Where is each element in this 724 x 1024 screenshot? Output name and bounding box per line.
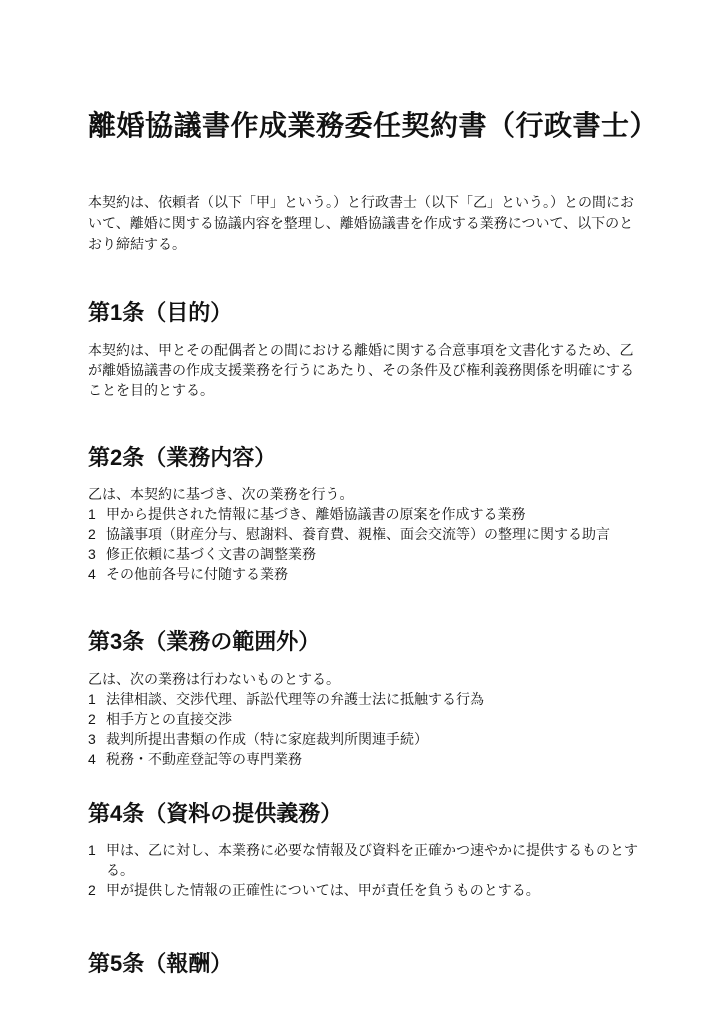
list-item: 2 甲が提供した情報の正確性については、甲が責任を負うものとする。 [88,880,641,900]
article-2-heading: 第2条（業務内容） [88,444,641,472]
section-article-3: 第3条（業務の範囲外） 乙は、次の業務は行わないものとする。 1 法律相談、交渉… [88,628,641,769]
list-item: 3 裁判所提出書類の作成（特に家庭裁判所関連手続） [88,729,641,749]
section-article-5: 第5条（報酬） [88,950,641,978]
list-item: 1 甲は、乙に対し、本業務に必要な情報及び資料を正確かつ速やかに提供するものとす… [88,840,641,880]
item-number: 1 [88,689,106,709]
section-article-4: 第4条（資料の提供義務） 1 甲は、乙に対し、本業務に必要な情報及び資料を正確か… [88,800,641,901]
item-number: 4 [88,564,106,584]
item-text: 協議事項（財産分与、慰謝料、養育費、親権、面会交流等）の整理に関する助言 [106,524,641,544]
article-3-list: 1 法律相談、交渉代理、訴訟代理等の弁護士法に抵触する行為 2 相手方との直接交… [88,689,641,769]
article-4-list: 1 甲は、乙に対し、本業務に必要な情報及び資料を正確かつ速やかに提供するものとす… [88,840,641,900]
list-item: 1 甲から提供された情報に基づき、離婚協議書の原案を作成する業務 [88,504,641,524]
item-number: 3 [88,729,106,749]
article-2-list: 1 甲から提供された情報に基づき、離婚協議書の原案を作成する業務 2 協議事項（… [88,504,641,584]
item-text: 税務・不動産登記等の専門業務 [106,749,641,769]
item-text: 甲から提供された情報に基づき、離婚協議書の原案を作成する業務 [106,504,641,524]
item-text: 甲は、乙に対し、本業務に必要な情報及び資料を正確かつ速やかに提供するものとする。 [106,840,641,880]
item-number: 2 [88,524,106,544]
article-1-body: 本契約は、甲とその配偶者との間における離婚に関する合意事項を文書化するため、乙が… [88,340,641,400]
list-item: 2 相手方との直接交渉 [88,709,641,729]
article-2-body: 乙は、本契約に基づき、次の業務を行う。 [88,484,641,504]
article-3-heading: 第3条（業務の範囲外） [88,628,641,656]
page-content: 離婚協議書作成業務委任契約書（行政書士） 本契約は、依頼者（以下「甲」という。）… [0,0,724,978]
item-text: その他前各号に付随する業務 [106,564,641,584]
item-text: 法律相談、交渉代理、訴訟代理等の弁護士法に抵触する行為 [106,689,641,709]
item-number: 4 [88,749,106,769]
item-text: 裁判所提出書類の作成（特に家庭裁判所関連手続） [106,729,641,749]
list-item: 4 税務・不動産登記等の専門業務 [88,749,641,769]
article-3-body: 乙は、次の業務は行わないものとする。 [88,669,641,689]
list-item: 4 その他前各号に付随する業務 [88,564,641,584]
section-article-2: 第2条（業務内容） 乙は、本契約に基づき、次の業務を行う。 1 甲から提供された… [88,444,641,585]
item-text: 修正依頼に基づく文書の調整業務 [106,544,641,564]
list-item: 1 法律相談、交渉代理、訴訟代理等の弁護士法に抵触する行為 [88,689,641,709]
article-5-heading: 第5条（報酬） [88,950,641,978]
article-1-heading: 第1条（目的） [88,299,641,327]
list-item: 2 協議事項（財産分与、慰謝料、養育費、親権、面会交流等）の整理に関する助言 [88,524,641,544]
item-number: 1 [88,840,106,860]
item-number: 1 [88,504,106,524]
item-text: 相手方との直接交渉 [106,709,641,729]
item-text: 甲が提供した情報の正確性については、甲が責任を負うものとする。 [106,880,641,900]
article-4-heading: 第4条（資料の提供義務） [88,800,641,828]
list-item: 3 修正依頼に基づく文書の調整業務 [88,544,641,564]
item-number: 2 [88,709,106,729]
document-intro: 本契約は、依頼者（以下「甲」という。）と行政書士（以下「乙」という。）との間にお… [88,192,641,255]
item-number: 3 [88,544,106,564]
document-title: 離婚協議書作成業務委任契約書（行政書士） [88,108,641,144]
document-page: 離婚協議書作成業務委任契約書（行政書士） 本契約は、依頼者（以下「甲」という。）… [0,0,724,1024]
section-article-1: 第1条（目的） 本契約は、甲とその配偶者との間における離婚に関する合意事項を文書… [88,299,641,400]
item-number: 2 [88,880,106,900]
